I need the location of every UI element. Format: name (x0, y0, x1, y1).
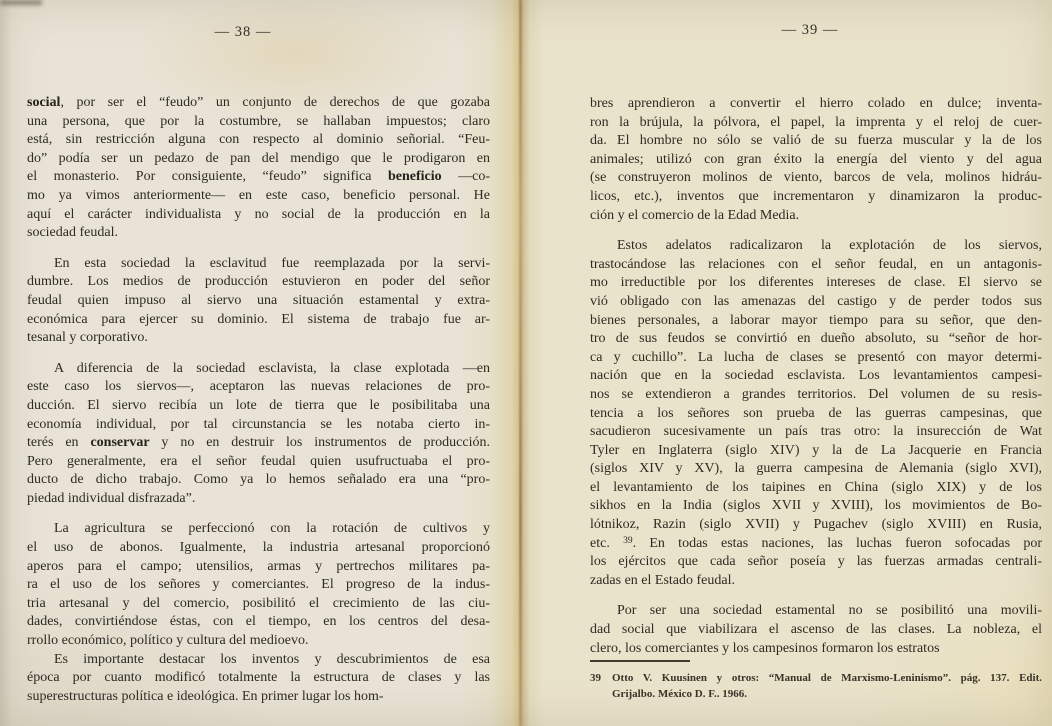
text-line: ra el uso de los señores y comerciantes.… (27, 576, 490, 595)
text-line: La agricultura se perfeccionó con la rot… (27, 520, 490, 539)
text-line: vió obligado con las amenazas del castig… (590, 293, 1042, 312)
page-39-text: bres aprendieron a convertir el hierro c… (590, 95, 1042, 658)
text-line: bienes personales, a laborar mayor tiemp… (590, 312, 1042, 331)
text-line: este caso los siervos—, aceptaron las nu… (27, 378, 490, 397)
text-line: economía individual, por tal circunstanc… (27, 416, 490, 435)
text-line: los ejércitos que cada señor poseía y la… (590, 553, 1042, 572)
text-line: (se construyeron molinos de viento, barc… (590, 169, 1042, 188)
text-line: está, sin restricción alguna con respect… (27, 131, 490, 150)
page-38-text: social, por ser el “feudo” un conjunto d… (27, 94, 490, 706)
text-line: ron la brújula, la pólvora, el papel, la… (590, 114, 1042, 133)
paragraph: Estos adelatos radicalizaron la explotac… (590, 237, 1042, 590)
text-line: clero, los comerciantes y los campesinos… (590, 640, 1042, 659)
text-line: tro de sus feudos se convirtió en dueño … (590, 330, 1042, 349)
text-line: bres aprendieron a convertir el hierro c… (590, 95, 1042, 114)
footnote-marker: 39 (590, 671, 601, 687)
text-line: ducción. El siervo recibía un lote de ti… (27, 397, 490, 416)
text-line: sikhos en la India (siglos XVII y XVIII)… (590, 497, 1042, 516)
text-line: sacudieron sucesivamente un país tras ot… (590, 423, 1042, 442)
paragraph: A diferencia de la sociedad esclavista, … (27, 360, 490, 509)
text-line: ducto de dicho trabajo. Como ya lo hemos… (27, 471, 490, 490)
paragraph: Es importante destacar los inventos y de… (27, 651, 490, 707)
text-line: Otto V. Kuusinen y otros: “Manual de Mar… (612, 671, 1042, 687)
text-line: (siglos XIV y XV), la guerra campesina d… (590, 460, 1042, 479)
text-line: Grijalbo. México D. F.. 1966. (612, 687, 1042, 703)
text-line: ción y el comercio de la Edad Media. (590, 207, 1042, 226)
text-line: económica para ejercer su dominio. El si… (27, 311, 490, 330)
paragraph: Por ser una sociedad estamental no se po… (590, 602, 1042, 658)
text-line: el monasterio. Por consiguiente, “feudo”… (27, 168, 490, 187)
footnote: 39 Otto V. Kuusinen y otros: “Manual de … (590, 671, 1042, 702)
text-line: En esta sociedad la esclavitud fue reemp… (27, 255, 490, 274)
text-line: mo ya vimos anteriormente— en este caso,… (27, 187, 490, 206)
text-line: da. El hombre no sólo se valió de su fue… (590, 132, 1042, 151)
text-line: Tyler en Inglaterra (siglo XIV) y la de … (590, 442, 1042, 461)
footnote-rule (590, 660, 690, 662)
text-line: dades, convirtiéndose éstas, con el tiem… (27, 613, 490, 632)
text-line: ca y cuchillo”. La lucha de clases se pr… (590, 349, 1042, 368)
paragraph: En esta sociedad la esclavitud fue reemp… (27, 255, 490, 348)
scan-smudge (0, 0, 42, 5)
text-line: dumbre. Los medios de producción estuvie… (27, 273, 490, 292)
text-line: una persona, que por la costumbre, se ha… (27, 113, 490, 132)
text-line: sociedad feudal. (27, 224, 490, 243)
text-line: mo irreductible por los diferentes inter… (590, 274, 1042, 293)
text-line: terés en conservar y no en destruir los … (27, 434, 490, 453)
text-line: Es importante destacar los inventos y de… (27, 651, 490, 670)
book-scan: — 38 — — 39 — social, por ser el “feudo”… (0, 0, 1052, 726)
page-number-right: — 39 — (578, 22, 1042, 39)
text-line: do” podía ser un pedazo de pan del mendi… (27, 150, 490, 169)
text-line: etc. 39. En todas estas naciones, las lu… (590, 535, 1042, 554)
text-line: el uso de abonos. Igualmente, la industr… (27, 539, 490, 558)
text-line: tencia a los señores son prueba de las g… (590, 405, 1042, 424)
text-line: zadas en el Estado feudal. (590, 572, 1042, 591)
text-line: dad social que viabilizara el ascenso de… (590, 621, 1042, 640)
text-line: nos se extendieron a grandes territorios… (590, 386, 1042, 405)
text-line: A diferencia de la sociedad esclavista, … (27, 360, 490, 379)
page-number-left: — 38 — (12, 24, 474, 41)
text-line: Por ser una sociedad estamental no se po… (590, 602, 1042, 621)
text-line: Pero generalmente, era el señor feudal q… (27, 453, 490, 472)
paragraph: bres aprendieron a convertir el hierro c… (590, 95, 1042, 225)
text-line: lótnikoz, Razin (siglo XVII) y Pugachev … (590, 516, 1042, 535)
text-line: el levantamiento de los taipines en Chin… (590, 479, 1042, 498)
text-line: licos, etc.), inventos que incrementaron… (590, 188, 1042, 207)
text-line: tria artesanal y del comercio, posibilit… (27, 595, 490, 614)
text-line: nación que en la sociedad esclavista. Lo… (590, 367, 1042, 386)
text-line: Estos adelatos radicalizaron la explotac… (590, 237, 1042, 256)
text-line: aperos para el campo; utensilios, armas … (27, 558, 490, 577)
text-line: trastocándose las relaciones con el seño… (590, 256, 1042, 275)
text-line: animales; utilizó con gran éxito la ener… (590, 151, 1042, 170)
text-line: tesanal y corporativo. (27, 329, 490, 348)
footnote-text: Otto V. Kuusinen y otros: “Manual de Mar… (590, 671, 1042, 702)
page-gutter (519, 0, 522, 726)
text-line: aquí el carácter individualista y no soc… (27, 206, 490, 225)
text-line: piedad individual disfrazada”. (27, 490, 490, 509)
text-line: época por cuanto modificó totalmente la … (27, 669, 490, 688)
text-line: feudal quien impuso al siervo una situac… (27, 292, 490, 311)
text-line: superestructuras política e ideológica. … (27, 688, 490, 707)
text-line: rrollo económico, político y cultura del… (27, 632, 490, 651)
text-line: social, por ser el “feudo” un conjunto d… (27, 94, 490, 113)
paragraph: La agricultura se perfeccionó con la rot… (27, 520, 490, 650)
paragraph: social, por ser el “feudo” un conjunto d… (27, 94, 490, 243)
